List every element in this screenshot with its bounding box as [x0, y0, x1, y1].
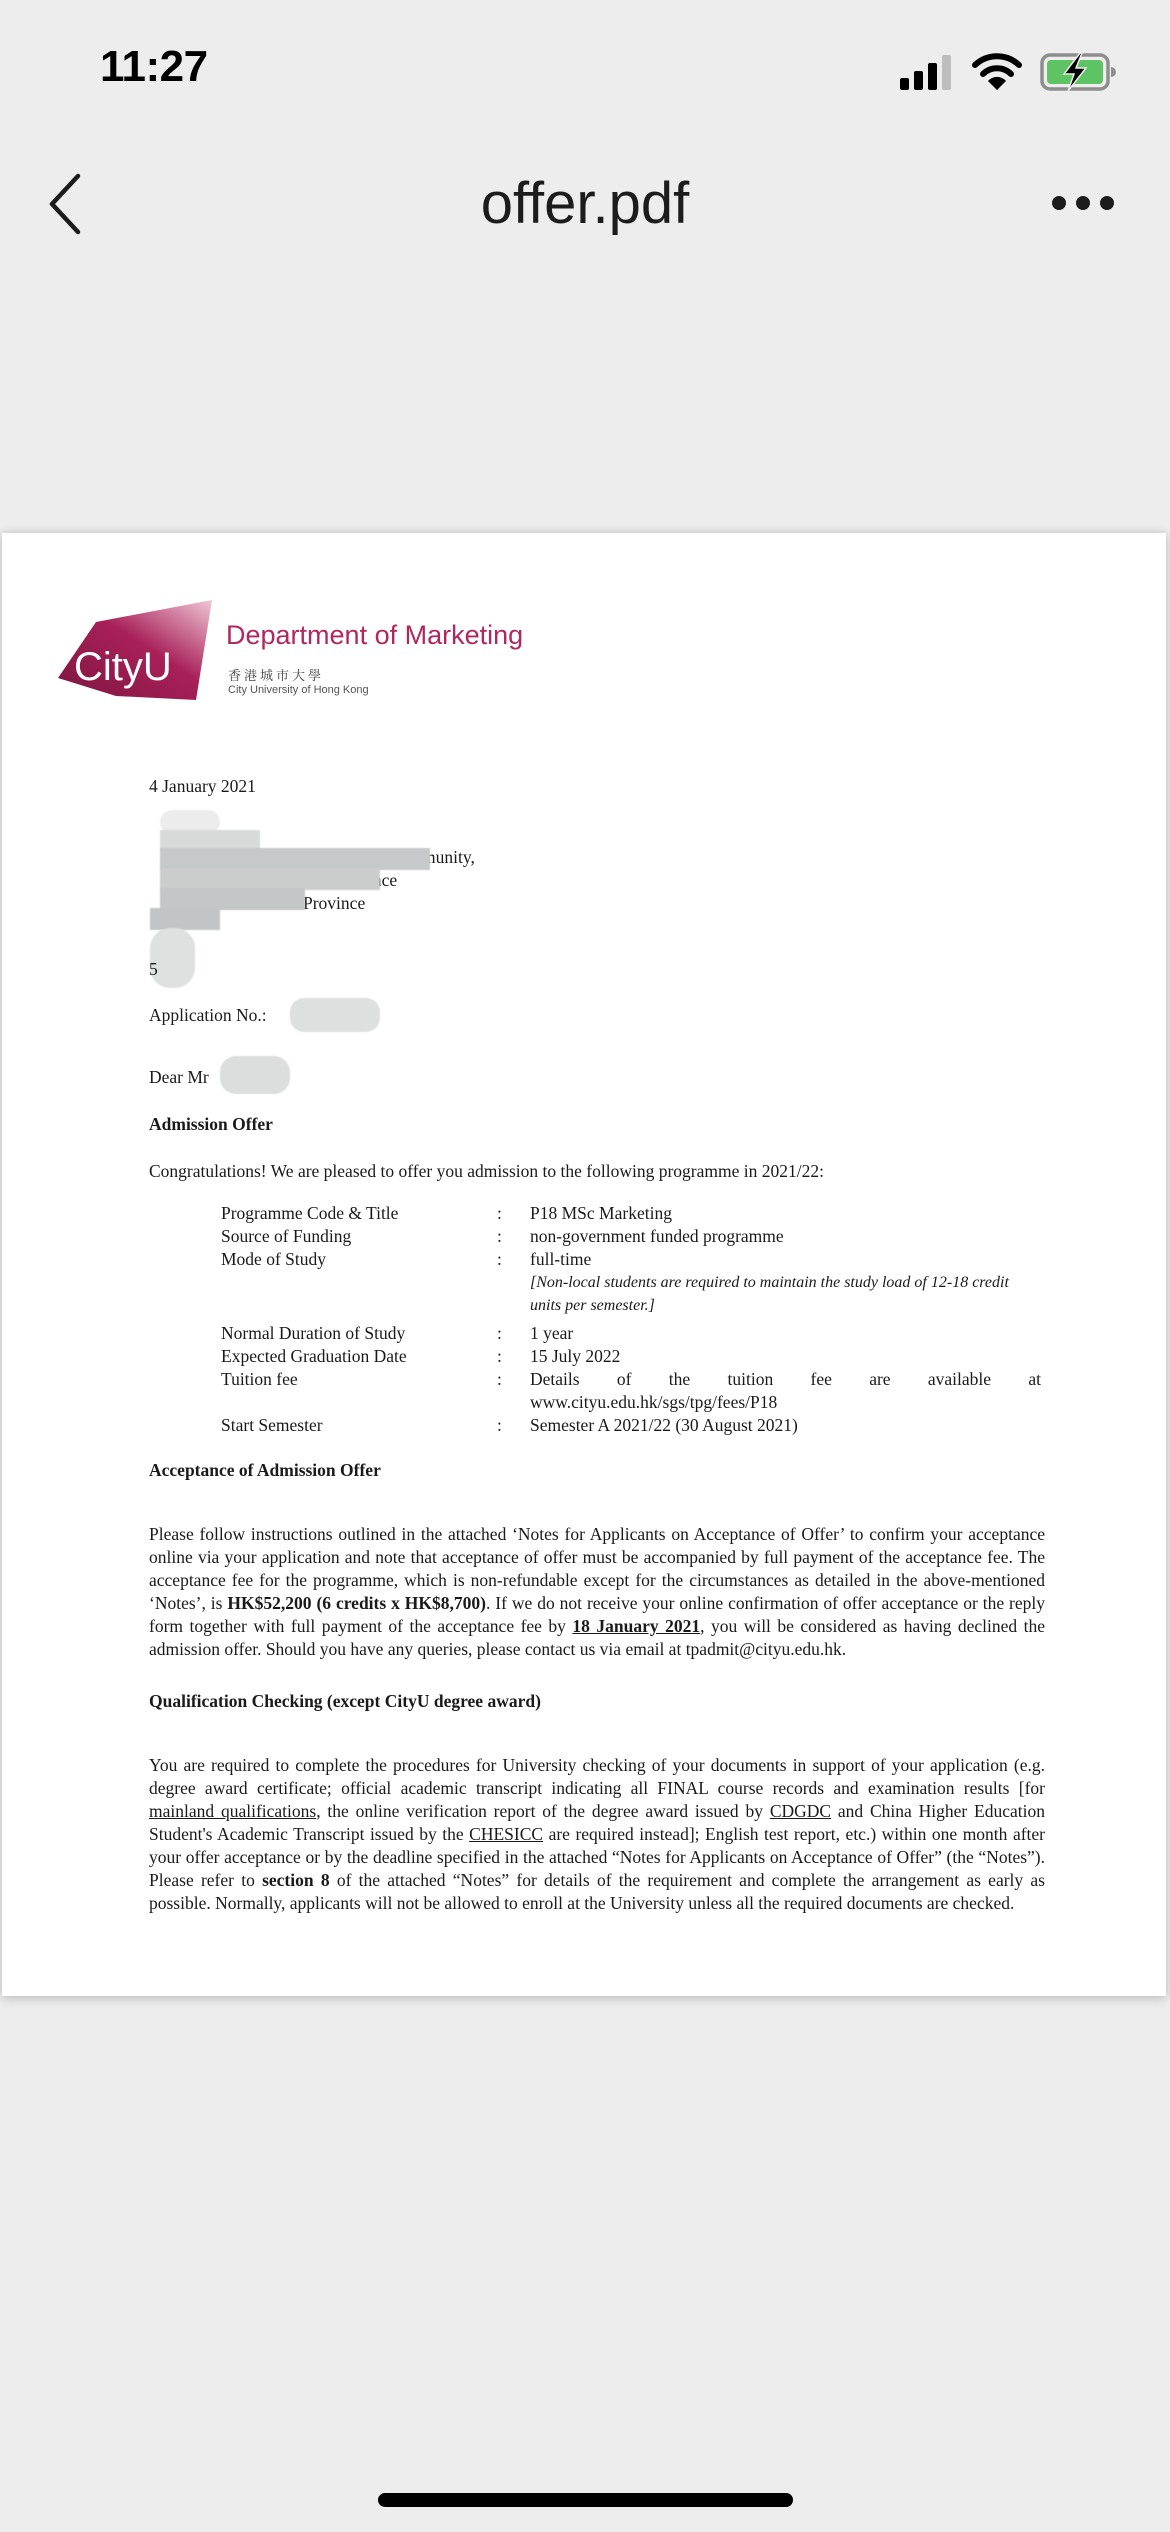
detail-value: full-time — [530, 1248, 1041, 1271]
salutation: Dear Mr — [149, 1066, 209, 1089]
detail-colon: : — [497, 1368, 530, 1414]
cityu-logo: CityU — [56, 600, 226, 700]
detail-label: Start Semester — [221, 1414, 497, 1437]
detail-row: Start Semester : Semester A 2021/22 (30 … — [221, 1414, 1041, 1437]
battery-charging-icon — [1040, 53, 1118, 91]
detail-label: Programme Code & Title — [221, 1202, 497, 1225]
detail-colon: : — [497, 1322, 530, 1345]
more-options-button[interactable] — [1052, 196, 1114, 210]
section-reference: section 8 — [262, 1870, 330, 1890]
university-english-name: City University of Hong Kong — [228, 684, 369, 696]
detail-label: Expected Graduation Date — [221, 1345, 497, 1368]
programme-details-table: Programme Code & Title : P18 MSc Marketi… — [221, 1202, 1041, 1437]
detail-row: Source of Funding : non-government funde… — [221, 1225, 1041, 1248]
detail-value: 15 July 2022 — [530, 1345, 1041, 1368]
university-chinese-name: 香港城市大學 — [228, 665, 324, 684]
detail-label: Tuition fee — [221, 1368, 497, 1414]
detail-value: non-government funded programme — [530, 1225, 1041, 1248]
department-name: Department of Marketing — [226, 620, 523, 651]
heading-qualification: Qualification Checking (except CityU deg… — [149, 1690, 1045, 1713]
qualification-paragraph: You are required to complete the procedu… — [149, 1754, 1045, 1915]
detail-value: Semester A 2021/22 (30 August 2021) — [530, 1414, 1041, 1437]
detail-colon: : — [497, 1345, 530, 1368]
status-icons — [900, 52, 1118, 92]
ellipsis-dot — [1100, 196, 1114, 210]
redacted-block — [160, 888, 305, 910]
heading-admission-offer: Admission Offer — [149, 1113, 1045, 1136]
home-indicator[interactable] — [378, 2493, 793, 2507]
detail-value: P18 MSc Marketing — [530, 1202, 1041, 1225]
detail-row: Expected Graduation Date : 15 July 2022 — [221, 1345, 1041, 1368]
application-no-label: Application No.: — [149, 1004, 267, 1027]
postcode-fragment: 5 — [149, 958, 158, 981]
detail-row: Mode of Study : full-time [Non-local stu… — [221, 1248, 1041, 1322]
detail-value-group: full-time [Non-local students are requir… — [530, 1248, 1041, 1322]
ellipsis-icon — [1052, 196, 1066, 210]
detail-colon: : — [497, 1248, 530, 1322]
cdgdc-link[interactable]: CDGDC — [770, 1801, 831, 1821]
detail-value: Details of the tuition fee are available… — [530, 1368, 1041, 1414]
mainland-qualifications-link[interactable]: mainland qualifications — [149, 1801, 316, 1821]
address-fragment: Province — [303, 892, 365, 915]
redacted-block — [160, 868, 380, 890]
detail-row: Programme Code & Title : P18 MSc Marketi… — [221, 1202, 1041, 1225]
detail-value: 1 year — [530, 1322, 1041, 1345]
acceptance-paragraph: Please follow instructions outlined in t… — [149, 1523, 1045, 1661]
detail-note: [Non-local students are required to main… — [530, 1271, 1041, 1317]
wifi-icon — [972, 53, 1022, 91]
status-time: 11:27 — [100, 42, 208, 92]
acceptance-deadline: 18 January 2021 — [572, 1616, 700, 1636]
acceptance-fee: HK$52,200 (6 credits x HK$8,700) — [227, 1593, 486, 1613]
heading-acceptance: Acceptance of Admission Offer — [149, 1459, 1045, 1482]
detail-colon: : — [497, 1202, 530, 1225]
detail-label: Normal Duration of Study — [221, 1322, 497, 1345]
detail-label: Source of Funding — [221, 1225, 497, 1248]
qualification-text: , the online verification report of the … — [316, 1801, 770, 1821]
document-title: offer.pdf — [0, 170, 1170, 237]
letter-date: 4 January 2021 — [149, 775, 1045, 798]
redacted-name — [220, 1056, 290, 1094]
detail-row: Tuition fee : Details of the tuition fee… — [221, 1368, 1041, 1414]
detail-colon: : — [497, 1225, 530, 1248]
qualification-text: You are required to complete the procedu… — [149, 1755, 1045, 1798]
intro-paragraph: Congratulations! We are pleased to offer… — [149, 1160, 1045, 1183]
detail-colon: : — [497, 1414, 530, 1437]
svg-text:CityU: CityU — [74, 645, 172, 689]
chesicc-link[interactable]: CHESICC — [469, 1824, 543, 1844]
redacted-block — [160, 830, 260, 850]
cellular-signal-icon — [900, 54, 954, 90]
redacted-application-no — [290, 998, 380, 1032]
detail-label: Mode of Study — [221, 1248, 497, 1322]
redacted-block — [150, 908, 220, 930]
ellipsis-dot — [1076, 196, 1090, 210]
detail-row: Normal Duration of Study : 1 year — [221, 1322, 1041, 1345]
redacted-block — [160, 848, 430, 870]
